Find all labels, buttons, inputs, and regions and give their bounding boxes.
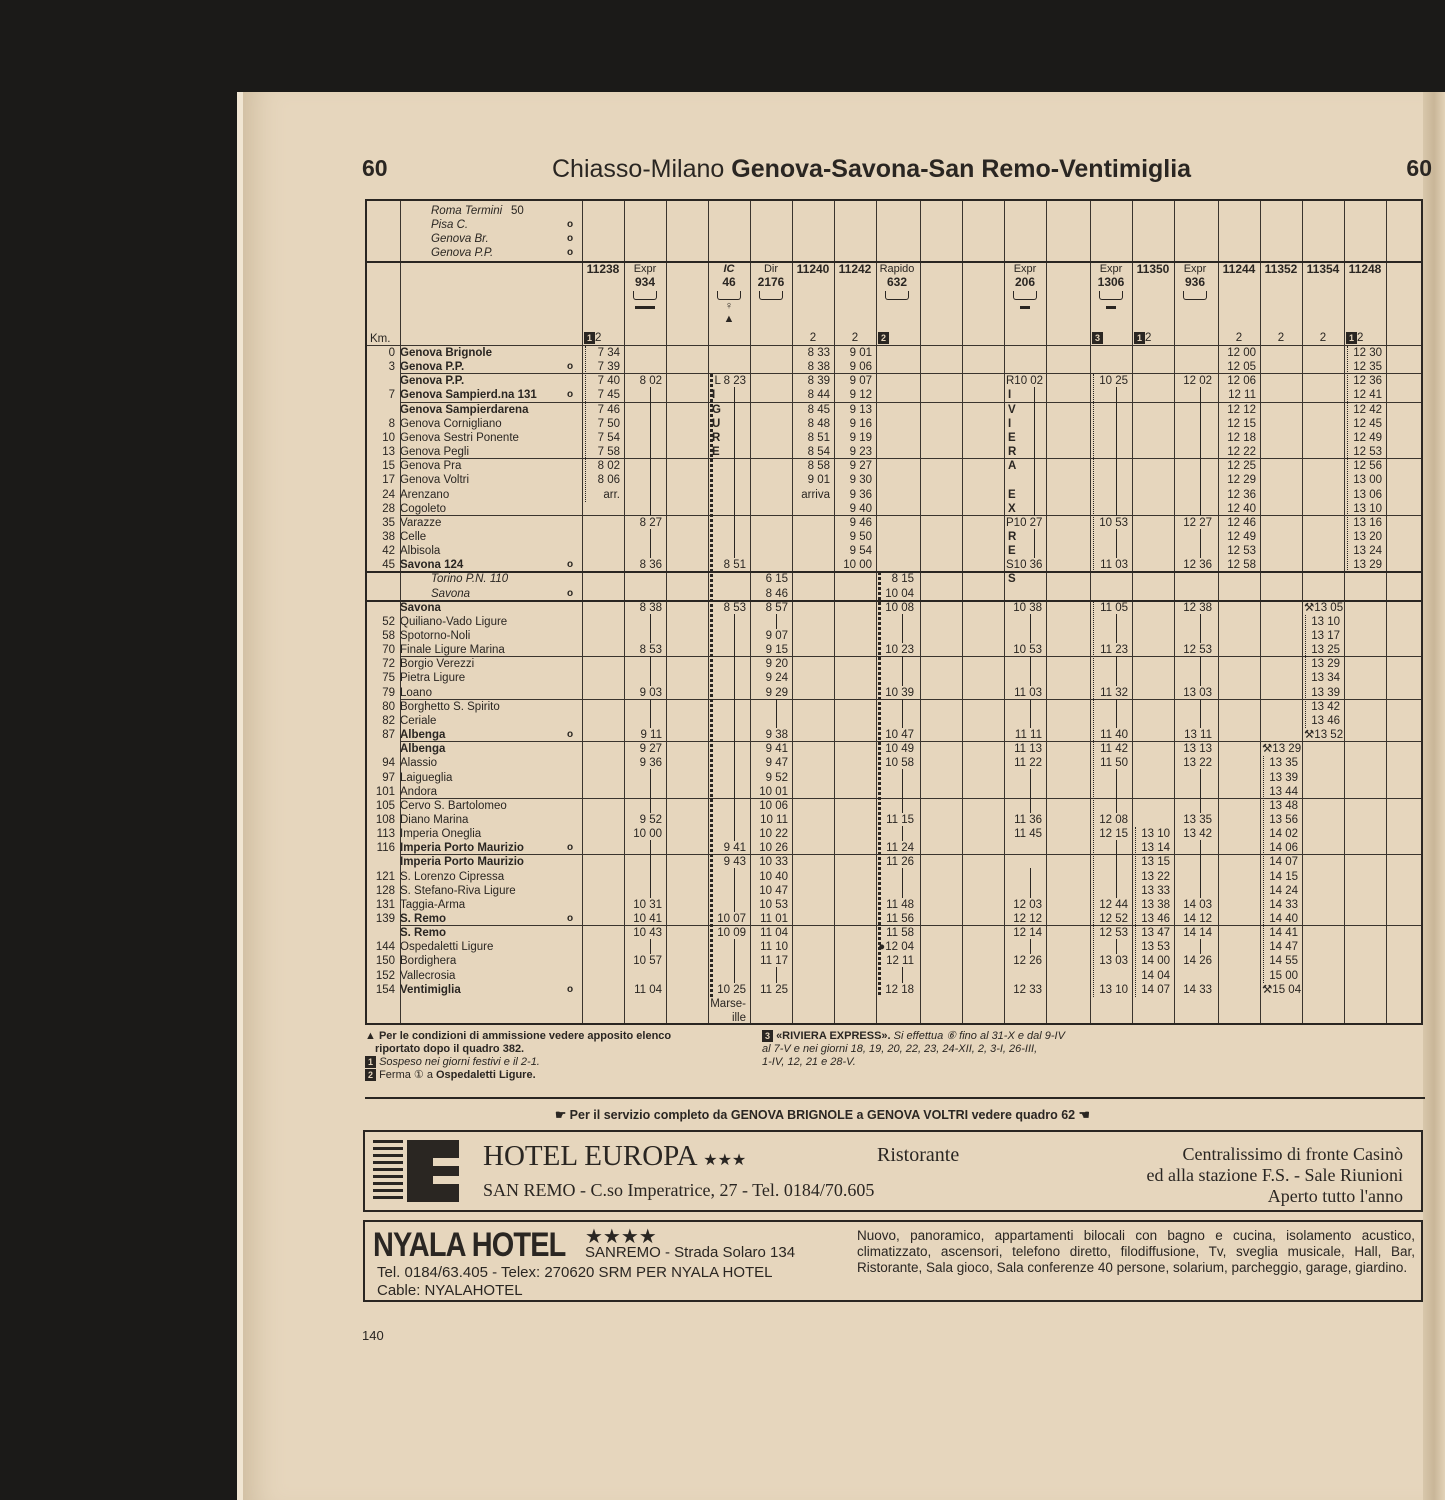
train-class: 2 — [794, 332, 832, 344]
time-cell: 13 11 — [1176, 728, 1212, 742]
station-km: 152 — [373, 969, 395, 983]
station-name: Genova Voltri — [400, 473, 469, 487]
station-km: 113 — [373, 827, 395, 841]
dotted-rail — [1347, 346, 1348, 572]
time-cell: 10 31 — [626, 898, 662, 912]
footnotes-left: ▲ Per le condizioni di ammissione vedere… — [365, 1030, 755, 1082]
station-km: 15 — [373, 459, 395, 473]
pass-through-line — [1030, 614, 1031, 643]
nyala-cable: Cable: NYALAHOTEL — [377, 1282, 523, 1299]
pass-through-line — [1200, 387, 1201, 516]
time-cell: 14 12 — [1176, 912, 1212, 926]
terminus-mark: o — [567, 842, 573, 853]
nyala-name: NYALA HOTEL — [373, 1226, 565, 1265]
dotted-rail — [585, 346, 586, 502]
time-cell: 9 24 — [752, 671, 788, 685]
time-cell: 13 10 — [1304, 615, 1340, 629]
connection-station: Roma Termini — [431, 204, 502, 218]
time-cell: 12 12 — [1006, 912, 1042, 926]
time-cell: 9 29 — [752, 686, 788, 700]
train-number: 1306 — [1090, 276, 1132, 289]
pass-through-line — [1030, 868, 1031, 897]
train-number: 11238 — [582, 263, 624, 276]
time-cell: 13 35 — [1262, 756, 1298, 770]
time-cell: 11 04 — [752, 926, 788, 940]
time-cell: 12 15 — [1092, 827, 1128, 841]
time-cell: 13 10 — [1134, 827, 1170, 841]
time-cell: U — [712, 417, 748, 431]
pass-through-line — [650, 840, 651, 898]
triangle-icon: ▲ — [365, 1030, 379, 1042]
station-km: 121 — [373, 870, 395, 884]
time-cell: 13 22 — [1176, 756, 1212, 770]
grid-line — [400, 515, 1421, 516]
terminus-mark: o — [567, 729, 573, 740]
station-km: 131 — [373, 898, 395, 912]
time-cell: 11 24 — [878, 841, 914, 855]
page-title: Chiasso-Milano Genova-Savona-San Remo-Ve… — [552, 155, 1191, 184]
time-cell: 9 36 — [836, 488, 872, 502]
footnotes-right: 3 «RIVIERA EXPRESS». Si effettua ⑥ fino … — [762, 1030, 1142, 1069]
time-cell: 8 57 — [752, 601, 788, 615]
time-cell: 9 15 — [752, 643, 788, 657]
time-cell: 10 00 — [836, 558, 872, 572]
time-cell: 12 12 — [1220, 403, 1256, 417]
restaurant-icon: ♀ — [708, 300, 750, 313]
train-header: 11244 — [1218, 263, 1260, 276]
dotted-rail — [1263, 756, 1264, 982]
ad-hotel-europa: HOTEL EUROPA ★★★ Ristorante SAN REMO - C… — [363, 1130, 1423, 1212]
station-name: Savona 124 — [400, 558, 463, 572]
time-cell: ●12 04 — [878, 940, 914, 954]
time-cell: 9 41 — [752, 742, 788, 756]
time-cell: 11 10 — [752, 940, 788, 954]
time-cell: 13 42 — [1176, 827, 1212, 841]
train-header: 11352 — [1260, 263, 1302, 276]
pass-through-line — [1116, 769, 1117, 813]
station-name: Laigueglia — [400, 771, 452, 785]
sleeper-icon: ▬ — [635, 301, 645, 312]
time-cell: 11 15 — [878, 813, 914, 827]
station-name: Genova P.P. — [400, 360, 464, 374]
time-cell: 12 36 — [1176, 558, 1212, 572]
time-cell: 11 05 — [1092, 601, 1128, 615]
pass-through-line — [776, 699, 777, 728]
pass-through-line — [650, 614, 651, 643]
terminus-mark: o — [567, 389, 573, 400]
time-cell: P10 27 — [1006, 516, 1042, 530]
time-cell: 12 26 — [1006, 954, 1042, 968]
coach-icon — [633, 291, 657, 300]
time-cell: 10 49 — [878, 742, 914, 756]
time-cell: 13 10 — [1092, 983, 1128, 997]
time-cell: 9 07 — [836, 374, 872, 388]
time-cell: 14 00 — [1134, 954, 1170, 968]
time-cell: 13 20 — [1346, 530, 1382, 544]
time-cell: 13 29 — [1304, 657, 1340, 671]
table-number-right: 60 — [1406, 155, 1432, 182]
pass-through-line — [1030, 699, 1031, 728]
time-cell: 14 26 — [1176, 954, 1212, 968]
time-cell: 10 53 — [1006, 643, 1042, 657]
time-cell: 14 07 — [1134, 983, 1170, 997]
train-number: 11354 — [1302, 263, 1344, 276]
couchette-icon: ▬ — [1020, 301, 1030, 312]
time-cell: 7 34 — [584, 346, 620, 360]
time-cell: 8 38 — [794, 360, 830, 374]
pass-through-line — [902, 826, 903, 841]
station-km: 97 — [373, 771, 395, 785]
station-km: 10 — [373, 431, 395, 445]
pass-through-line — [1116, 387, 1117, 516]
train-header: Dir 2176 — [750, 263, 792, 300]
reference-text: ☛ Per il servizio completo da GENOVA BRI… — [555, 1107, 1090, 1122]
train-number: 11248 — [1344, 263, 1386, 276]
time-cell: 11 40 — [1092, 728, 1128, 742]
time-cell: R — [1008, 530, 1044, 544]
train-header: 11238 — [582, 263, 624, 276]
time-cell: 13 42 — [1304, 700, 1340, 714]
station-name: Genova Sampierdarena — [400, 403, 528, 417]
time-cell: I — [1008, 417, 1044, 431]
time-cell: 12 03 — [1006, 898, 1042, 912]
time-cell: S — [1008, 572, 1044, 586]
time-cell: ⚒13 29 — [1262, 742, 1298, 756]
time-cell: 8 51 — [710, 558, 746, 572]
station-name: Quiliano-Vado Ligure — [400, 615, 507, 629]
time-cell: 13 10 — [1346, 502, 1382, 516]
time-cell: 10 04 — [878, 587, 914, 601]
time-cell: R10 02 — [1006, 374, 1042, 388]
time-cell: 8 33 — [794, 346, 830, 360]
coach-icon — [717, 291, 741, 300]
train-number: 206 — [1004, 276, 1046, 289]
time-cell: 8 48 — [794, 417, 830, 431]
station-name: Albenga — [400, 742, 445, 756]
grid-line — [367, 345, 1421, 346]
time-cell: 12 36 — [1220, 488, 1256, 502]
train-header: Expr 936 — [1174, 263, 1216, 300]
time-cell: 13 56 — [1262, 813, 1298, 827]
note-2: 2 Ferma ① a Ospedaletti Ligure. — [365, 1069, 755, 1082]
station-name: Imperia Porto Maurizio — [400, 855, 524, 869]
station-name: Ospedaletti Ligure — [400, 940, 493, 954]
train-header: Expr 1306 ▬ — [1090, 263, 1132, 313]
time-cell: 10 38 — [1006, 601, 1042, 615]
terminus-mark: o — [567, 588, 573, 599]
time-cell: 14 41 — [1262, 926, 1298, 940]
nyala-tel: Tel. 0184/63.405 - Telex: 270620 SRM PER… — [377, 1264, 773, 1281]
time-cell: 11 36 — [1006, 813, 1042, 827]
time-cell: 11 03 — [1092, 558, 1128, 572]
time-cell: 8 06 — [584, 473, 620, 487]
time-cell: 10 53 — [1092, 516, 1128, 530]
station-km: 79 — [373, 686, 395, 700]
pass-through-line — [1116, 529, 1117, 558]
time-cell: 10 23 — [878, 643, 914, 657]
train-number: 2176 — [750, 276, 792, 289]
time-cell: G — [712, 403, 748, 417]
time-cell: 13 15 — [1134, 855, 1170, 869]
time-cell: 13 29 — [1346, 558, 1382, 572]
time-cell: 11 50 — [1092, 756, 1128, 770]
note-1: 1 Sospeso nei giorni festivi e il 2-1. — [365, 1056, 755, 1069]
couchette-icon: ▬ — [1106, 301, 1116, 312]
station-km: 58 — [373, 629, 395, 643]
time-cell: 12 27 — [1176, 516, 1212, 530]
time-cell: 11 23 — [1092, 643, 1128, 657]
terminus-mark: o — [567, 913, 573, 924]
grid-line — [834, 201, 835, 1023]
time-cell: 9 43 — [710, 855, 746, 869]
time-cell: 7 58 — [584, 445, 620, 459]
time-cell: 13 06 — [1346, 488, 1382, 502]
time-cell: 12 06 — [1220, 374, 1256, 388]
note-badge: 2 — [878, 332, 889, 344]
time-cell: E — [1008, 431, 1044, 445]
station-name: Imperia Porto Maurizio — [400, 841, 524, 855]
station-name: Bordighera — [400, 954, 456, 968]
ad-nyala-hotel: NYALA HOTEL ★★★★ SANREMO - Strada Solaro… — [363, 1220, 1423, 1302]
time-cell: 10 43 — [626, 926, 662, 940]
pass-through-line — [1200, 699, 1201, 728]
time-cell: I — [1008, 388, 1044, 402]
time-cell: 10 11 — [752, 813, 788, 827]
station-km: 42 — [373, 544, 395, 558]
time-cell: 14 14 — [1176, 926, 1212, 940]
train-header: 11240 — [792, 263, 834, 276]
train-class: 2 — [1262, 332, 1300, 344]
pass-through-line — [1116, 939, 1117, 954]
train-number: 11242 — [834, 263, 876, 276]
note-badge-2: 2 — [365, 1069, 376, 1081]
supplement-triangle-icon: ▲ — [708, 313, 750, 326]
station-name: Torino P.N. 110 — [431, 572, 508, 586]
station-name: Genova Brignole — [400, 346, 492, 360]
grid-line — [1386, 201, 1387, 1023]
time-cell: L 8 23 — [710, 374, 746, 388]
station-name: Borghetto S. Spirito — [400, 700, 500, 714]
time-cell: R — [712, 431, 748, 445]
time-cell: 13 44 — [1262, 785, 1298, 799]
terminus-mark: o — [567, 361, 573, 372]
pass-through-line — [902, 614, 903, 643]
time-cell: 11 01 — [752, 912, 788, 926]
station-km: 105 — [373, 799, 395, 813]
time-cell: 8 38 — [626, 601, 662, 615]
time-cell: 12 00 — [1220, 346, 1256, 360]
connection-station: Genova Br. — [431, 232, 489, 246]
time-cell: 9 16 — [836, 417, 872, 431]
time-cell: 12 15 — [1220, 417, 1256, 431]
grid-line — [1004, 201, 1005, 1023]
time-cell: 9 54 — [836, 544, 872, 558]
station-name: S. Lorenzo Cipressa — [400, 870, 504, 884]
time-cell: 12 53 — [1220, 544, 1256, 558]
pass-through-line — [650, 699, 651, 728]
time-cell: 8 46 — [752, 587, 788, 601]
time-cell: V — [1008, 403, 1044, 417]
pass-through-line — [902, 769, 903, 813]
time-cell: 14 33 — [1262, 898, 1298, 912]
time-cell: 12 42 — [1346, 403, 1382, 417]
time-cell: 14 03 — [1176, 898, 1212, 912]
time-cell: 9 52 — [626, 813, 662, 827]
time-cell: 10 09 — [710, 926, 746, 940]
station-name: Arenzano — [400, 488, 449, 502]
time-cell: 11 32 — [1092, 686, 1128, 700]
time-cell: 9 27 — [836, 459, 872, 473]
time-cell: 13 03 — [1176, 686, 1212, 700]
time-cell: 12 38 — [1176, 601, 1212, 615]
station-name: Borgio Verezzi — [400, 657, 474, 671]
time-cell: I — [712, 388, 748, 402]
time-cell: 13 17 — [1304, 629, 1340, 643]
grid-line — [400, 458, 1421, 459]
km-label: Km. — [370, 332, 390, 346]
time-cell: 9 38 — [752, 728, 788, 742]
pass-through-line — [1030, 939, 1031, 954]
time-cell: 10 22 — [752, 827, 788, 841]
time-cell: 9 46 — [836, 516, 872, 530]
time-cell: 6 15 — [752, 572, 788, 586]
station-km: 116 — [373, 841, 395, 855]
station-name: Vallecrosia — [400, 969, 455, 983]
reference-note: ☛ Per il servizio completo da GENOVA BRI… — [365, 1097, 1425, 1099]
pass-through-line — [734, 939, 735, 983]
pass-through-line — [1200, 840, 1201, 898]
time-cell: 13 00 — [1346, 473, 1382, 487]
train-header: Expr 934 ▬▬ — [624, 263, 666, 313]
station-km: 72 — [373, 657, 395, 671]
grid-line — [1174, 201, 1175, 1023]
pass-through-line — [734, 387, 735, 558]
grid-line — [962, 201, 963, 1023]
time-cell: ille — [710, 1011, 746, 1025]
time-cell: 12 33 — [1006, 983, 1042, 997]
station-name: Savona — [400, 601, 441, 615]
time-cell: 9 13 — [836, 403, 872, 417]
note-badge: 1 — [1134, 332, 1145, 344]
station-km: 45 — [373, 558, 395, 572]
station-name: Savona — [431, 587, 470, 601]
time-cell: 12 05 — [1220, 360, 1256, 374]
time-cell: 8 02 — [626, 374, 662, 388]
time-cell: 11 58 — [878, 926, 914, 940]
dotted-rail — [1093, 374, 1094, 572]
train-number: 11244 — [1218, 263, 1260, 276]
terminus-mark: o — [567, 247, 573, 258]
note-badge-3: 3 — [762, 1030, 773, 1042]
time-cell: 11 26 — [878, 855, 914, 869]
grid-line — [582, 201, 583, 1023]
pass-through-line — [902, 656, 903, 685]
train-class: 12 — [1346, 332, 1384, 344]
dotted-rail — [710, 374, 713, 997]
time-cell: 10 40 — [752, 870, 788, 884]
time-cell: 7 40 — [584, 374, 620, 388]
hotel-europa-name: HOTEL EUROPA ★★★ — [483, 1140, 746, 1173]
time-cell: arriva — [794, 488, 830, 502]
time-cell: 13 47 — [1134, 926, 1170, 940]
note-badge-1: 1 — [365, 1056, 376, 1068]
pass-through-line — [1116, 699, 1117, 728]
time-cell: 8 53 — [626, 643, 662, 657]
station-name: Taggia-Arma — [400, 898, 465, 912]
footer-page-number: 140 — [362, 1328, 384, 1343]
time-cell: 8 53 — [710, 601, 746, 615]
time-cell: 11 25 — [752, 983, 788, 997]
train-header: IC 46 ♀▲ — [708, 263, 750, 326]
time-cell: 12 41 — [1346, 388, 1382, 402]
station-name: Albisola — [400, 544, 440, 558]
terminus-mark: o — [567, 559, 573, 570]
time-cell: 7 45 — [584, 388, 620, 402]
pass-through-line — [902, 699, 903, 728]
dotted-rail — [1135, 827, 1136, 997]
note-badge: 1 — [584, 332, 595, 344]
train-header: Expr 206 ▬ — [1004, 263, 1046, 313]
time-cell: 8 27 — [626, 516, 662, 530]
time-cell: 10 47 — [878, 728, 914, 742]
time-cell: 8 15 — [878, 572, 914, 586]
grid-line — [920, 201, 921, 1023]
time-cell: 14 02 — [1262, 827, 1298, 841]
station-km: 38 — [373, 530, 395, 544]
train-class: 3 — [1092, 332, 1130, 344]
time-cell: 13 38 — [1134, 898, 1170, 912]
time-cell: 13 03 — [1092, 954, 1128, 968]
pass-through-line — [1200, 939, 1201, 954]
time-cell: 12 35 — [1346, 360, 1382, 374]
station-km: 82 — [373, 714, 395, 728]
time-cell: 11 22 — [1006, 756, 1042, 770]
title-route-prefix: Chiasso-Milano — [552, 155, 731, 183]
station-name: Genova Pegli — [400, 445, 469, 459]
dotted-rail — [1093, 601, 1094, 997]
note-3: 3 «RIVIERA EXPRESS». Si effettua ⑥ fino … — [762, 1030, 1142, 1043]
pass-through-line — [1200, 656, 1201, 685]
train-number: 11350 — [1132, 263, 1174, 276]
grid-line — [792, 201, 793, 1023]
pass-through-line — [1034, 387, 1035, 516]
time-cell: 13 34 — [1304, 671, 1340, 685]
time-cell: ⚒15 04 — [1262, 983, 1298, 997]
station-name: Cervo S. Bartolomeo — [400, 799, 507, 813]
pass-through-line — [734, 614, 735, 842]
station-km: 87 — [373, 728, 395, 742]
time-cell: 8 36 — [626, 558, 662, 572]
time-cell: 12 22 — [1220, 445, 1256, 459]
time-cell: 10 01 — [752, 785, 788, 799]
time-cell: 12 53 — [1346, 445, 1382, 459]
time-cell: 12 30 — [1346, 346, 1382, 360]
title-route-main: Genova-Savona-San Remo-Ventimiglia — [731, 155, 1191, 183]
time-cell: 14 04 — [1134, 969, 1170, 983]
train-number: 46 — [708, 276, 750, 289]
station-km: 101 — [373, 785, 395, 799]
time-cell: 9 40 — [836, 502, 872, 516]
station-name: Alassio — [400, 756, 437, 770]
grid-line — [1218, 201, 1219, 1023]
station-name: Finale Ligure Marina — [400, 643, 505, 657]
time-cell: 13 46 — [1304, 714, 1340, 728]
time-cell: 7 54 — [584, 431, 620, 445]
time-cell: 12 46 — [1220, 516, 1256, 530]
time-cell: 8 39 — [794, 374, 830, 388]
train-header: 11242 — [834, 263, 876, 276]
station-km: 108 — [373, 813, 395, 827]
